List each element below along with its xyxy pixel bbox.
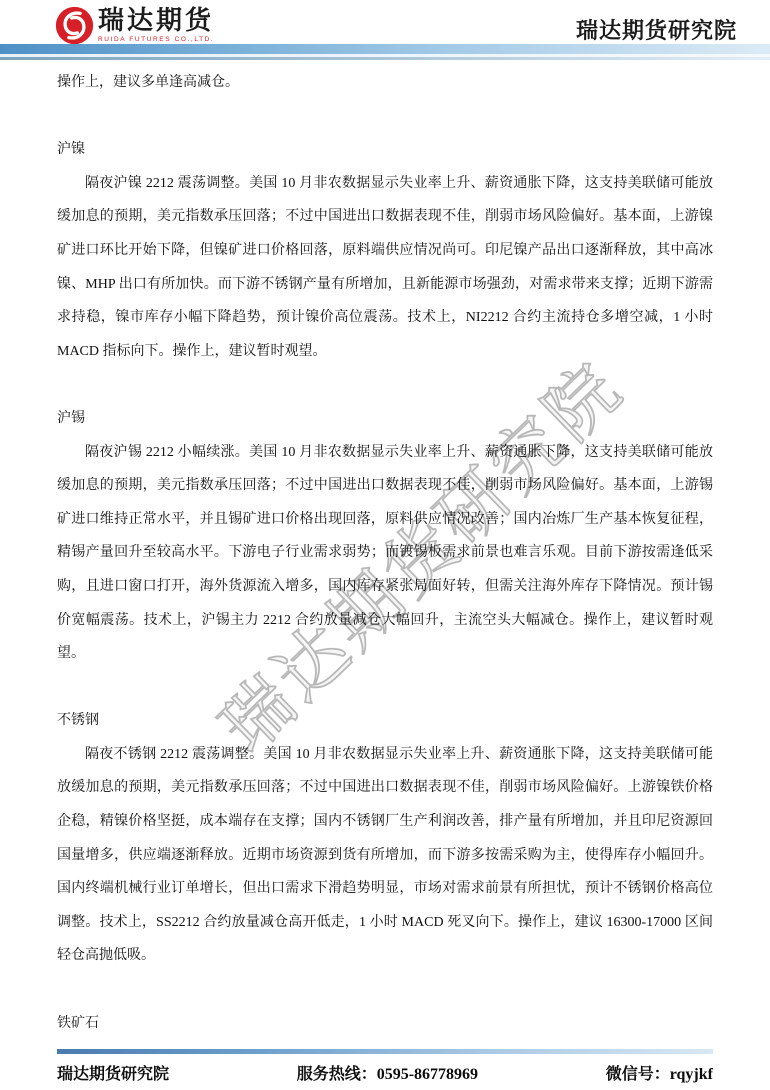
footer-wechat-label: 微信号： [606, 1066, 670, 1083]
company-logo: 瑞达期货 RUIDA FUTURES CO.,LTD. [54, 5, 214, 46]
footer-hotline-label: 服务热线： [297, 1066, 377, 1083]
paragraph-continuation: 操作上，建议多单逢高减仓。 [57, 66, 713, 100]
ruida-logo-icon [54, 5, 95, 46]
brand-name-en: RUIDA FUTURES CO.,LTD. [98, 36, 214, 43]
section-paragraph: 隔夜沪镍 2212 震荡调整。美国 10 月非农数据显示失业率上升、薪资通胀下降… [57, 167, 713, 369]
footer-institute: 瑞达期货研究院 [57, 1061, 169, 1084]
footer-hotline: 服务热线：0595-86778969 [297, 1061, 478, 1084]
section-paragraph: 隔夜 I2301 合约窄幅整理，进口铁矿石现货市场报价松动。本期澳巴铁矿石发运总… [57, 1040, 713, 1042]
section-iron-ore: 铁矿石 隔夜 I2301 合约窄幅整理，进口铁矿石现货市场报价松动。本期澳巴铁矿… [57, 1007, 713, 1042]
section-shanghai-tin: 沪锡 隔夜沪锡 2212 小幅续涨。美国 10 月非农数据显示失业率上升、薪资通… [57, 402, 713, 671]
section-heading: 铁矿石 [57, 1007, 713, 1041]
section-heading: 不锈钢 [57, 704, 713, 738]
footer-hotline-number: 0595-86778969 [377, 1066, 478, 1083]
footer-wechat-id: rqyjkf [670, 1066, 713, 1083]
section-heading: 沪镍 [57, 133, 713, 167]
header-bar-underline [0, 57, 770, 60]
header-bar-gradient [0, 44, 770, 54]
footer-divider-bar [57, 1049, 713, 1054]
header-divider-bar [0, 44, 770, 60]
section-heading: 沪锡 [57, 402, 713, 436]
section-stainless-steel: 不锈钢 隔夜不锈钢 2212 震荡调整。美国 10 月非农数据显示失业率上升、薪… [57, 704, 713, 973]
footer-row: 瑞达期货研究院 服务热线：0595-86778969 微信号：rqyjkf [57, 1061, 713, 1084]
section-paragraph: 隔夜沪锡 2212 小幅续涨。美国 10 月非农数据显示失业率上升、薪资通胀下降… [57, 436, 713, 671]
footer-wechat: 微信号：rqyjkf [606, 1061, 713, 1084]
section-paragraph: 隔夜不锈钢 2212 震荡调整。美国 10 月非农数据显示失业率上升、薪资通胀下… [57, 738, 713, 973]
document-page: 瑞达期货 RUIDA FUTURES CO.,LTD. 瑞达期货研究院 瑞达期货… [0, 0, 770, 1090]
research-institute-title: 瑞达期货研究院 [576, 14, 737, 45]
brand-name-cn: 瑞达期货 [98, 5, 214, 35]
logo-text: 瑞达期货 RUIDA FUTURES CO.,LTD. [98, 5, 214, 43]
section-shanghai-nickel: 沪镍 隔夜沪镍 2212 震荡调整。美国 10 月非农数据显示失业率上升、薪资通… [57, 133, 713, 368]
document-body: 操作上，建议多单逢高减仓。 沪镍 隔夜沪镍 2212 震荡调整。美国 10 月非… [57, 66, 713, 1042]
